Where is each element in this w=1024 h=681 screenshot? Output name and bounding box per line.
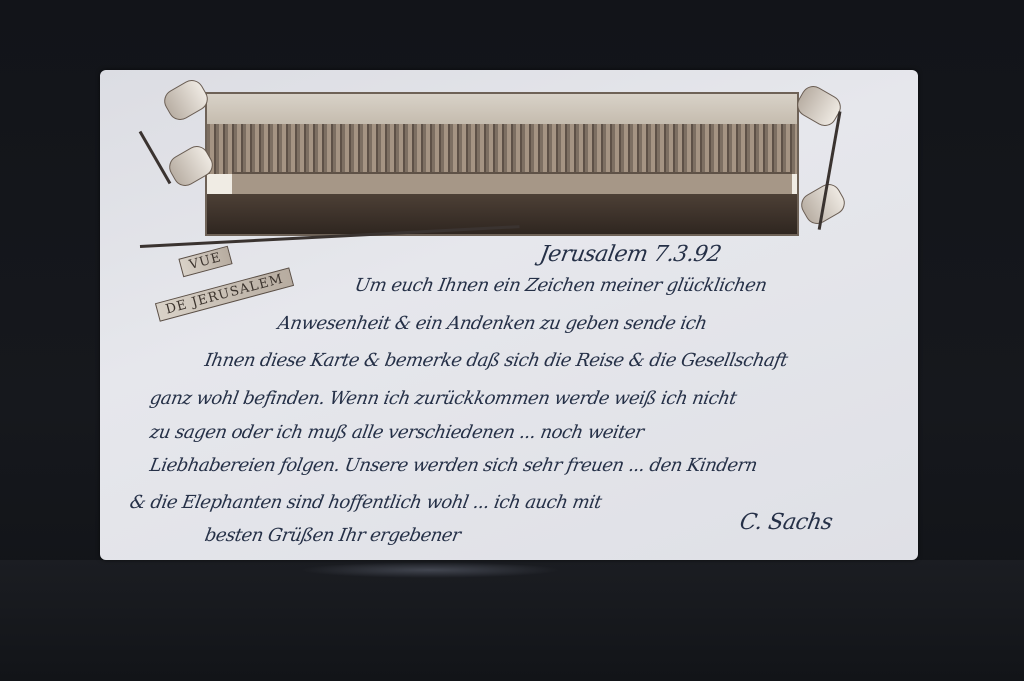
banner-vue: VUE xyxy=(178,246,232,278)
jerusalem-panorama-engraving xyxy=(205,92,799,236)
handwritten-line: ganz wohl befinden. Wenn ich zurückkomme… xyxy=(148,388,738,409)
handwritten-line: Um euch Ihnen ein Zeichen meiner glückli… xyxy=(353,275,768,296)
panorama-city xyxy=(207,124,797,174)
handwritten-line: & die Elephanten sind hoffentlich wohl .… xyxy=(128,492,603,513)
signature: C. Sachs xyxy=(738,510,834,535)
banner-de-jerusalem: DE JERUSALEM xyxy=(155,267,294,321)
panorama-city-wall xyxy=(232,172,792,196)
palm-frond-left xyxy=(139,131,172,184)
handwritten-line: Liebhabereien folgen. Unsere werden sich… xyxy=(148,455,759,476)
handwritten-line: besten Grüßen Ihr ergebener xyxy=(203,525,462,546)
light-reflection xyxy=(300,562,560,578)
handwritten-line: Anwesenheit & ein Andenken zu geben send… xyxy=(276,313,708,334)
handwritten-line: Ihnen diese Karte & bemerke daß sich die… xyxy=(203,350,789,371)
handwritten-line: zu sagen oder ich muß alle verschiedenen… xyxy=(148,422,645,443)
postcard: VUE DE JERUSALEM Jerusalem 7.3.92 Um euc… xyxy=(100,70,918,560)
date-line: Jerusalem 7.3.92 xyxy=(538,242,723,267)
table-surface xyxy=(0,560,1024,681)
